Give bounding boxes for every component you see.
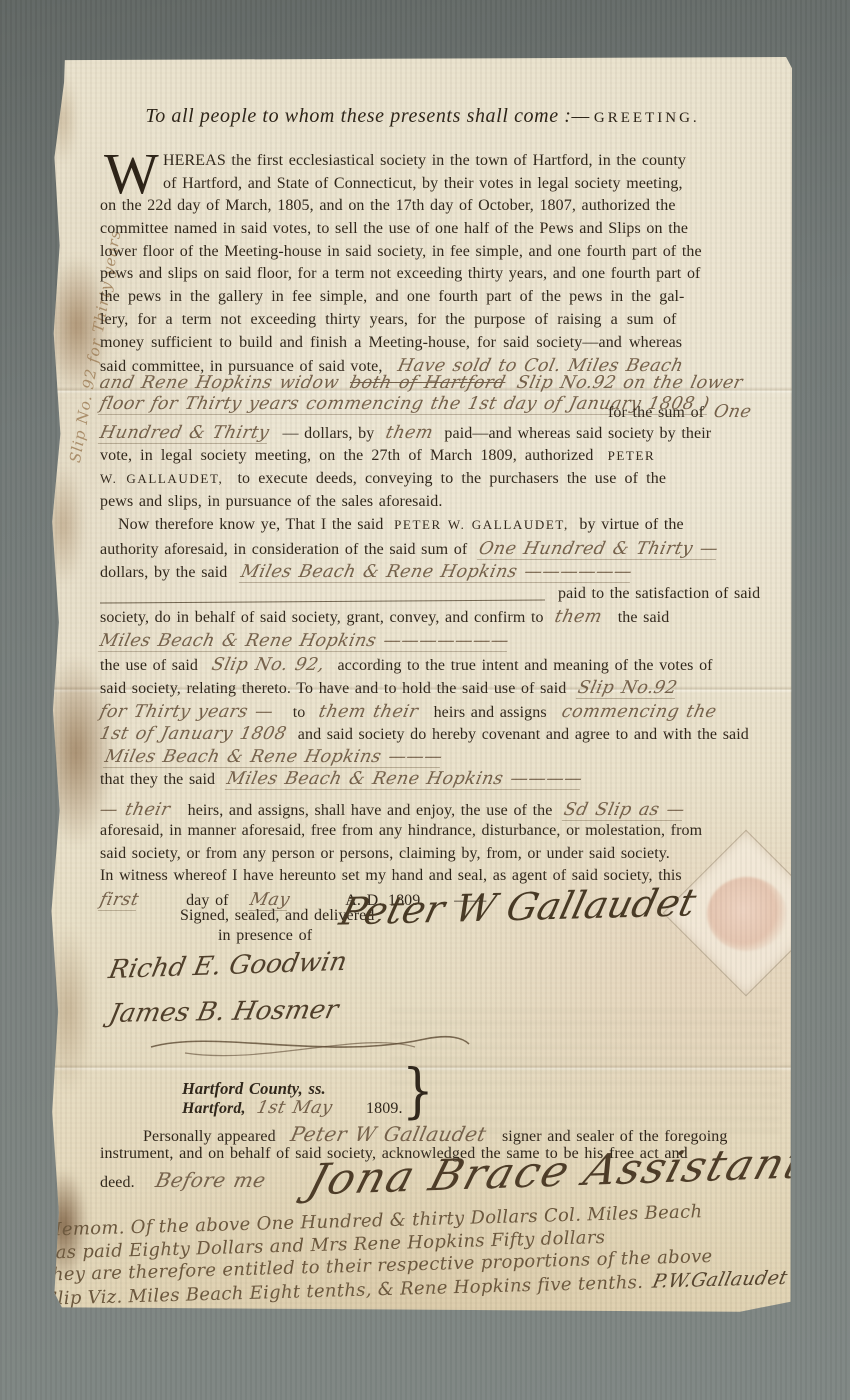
deed-line: lery, for a term not exceeding thirty ye…	[100, 311, 676, 329]
stain	[40, 465, 86, 585]
print-text: said society, or from any person or pers…	[100, 845, 670, 862]
handwritten-text: Peter W Gallaudet	[289, 1122, 489, 1146]
print-text: dollars, by the said	[100, 564, 227, 581]
deed-line: — their heirs, and assigns, shall have a…	[100, 800, 685, 821]
handwritten-text: first	[98, 890, 141, 911]
print-text: paid—and whereas said society by their	[444, 425, 711, 442]
handwritten-text: for Thirty years —	[98, 702, 275, 722]
stain	[42, 925, 94, 1095]
deed-line: Personally appeared Peter W Gallaudet si…	[143, 1122, 727, 1146]
print-text: vote, in legal society meeting, on the 2…	[100, 447, 593, 464]
venue-line: Hartford, 1st May 1809.	[182, 1098, 403, 1118]
print-text: and said society do hereby covenant and …	[298, 726, 749, 743]
signature-peter-w-gallaudet: Peter W Gallaudet	[336, 880, 701, 933]
deed-line: lower floor of the Meeting-house in said…	[100, 243, 702, 261]
handwritten-text: Slip No. 92,	[209, 655, 326, 675]
print-text: heirs, and assigns, shall have and enjoy…	[188, 802, 553, 819]
handwritten-text: — their	[98, 800, 172, 820]
memorandum: Memom. Of the above One Hundred & thirty…	[43, 1198, 805, 1309]
county-caption: Hartford County, ss.	[182, 1079, 326, 1099]
curly-brace: }	[402, 1057, 434, 1125]
print-text: committee named in said votes, to sell t…	[100, 220, 688, 237]
print-text: In witness whereof I have hereunto set m…	[100, 867, 682, 884]
print-text: aforesaid, in manner aforesaid, free fro…	[100, 822, 702, 839]
print-text: paid to the satisfaction of said	[558, 585, 760, 602]
print-text: the use of said	[100, 657, 198, 674]
deed-line: vote, in legal society meeting, on the 2…	[100, 447, 655, 465]
deed-line: for Thirty years — to them their heirs a…	[100, 702, 717, 722]
print-text: by virtue of the	[579, 516, 683, 533]
signature-witness-goodwin: Richd E. Goodwin	[106, 947, 349, 985]
print-text: the pews in the gallery in fee simple, a…	[100, 288, 685, 305]
print-text: the said	[618, 609, 670, 626]
deed-line: society, do in behalf of said society, g…	[100, 607, 669, 627]
handwritten-text: them	[384, 423, 435, 443]
deed-line: aforesaid, in manner aforesaid, free fro…	[100, 822, 702, 840]
deed-line: Miles Beach & Rene Hopkins ———————	[100, 631, 509, 652]
deed-line: authority aforesaid, in consideration of…	[100, 539, 718, 560]
print-text: in presence of	[218, 927, 312, 944]
deed-line: for the sum of One	[608, 402, 751, 422]
deed-line: said society, or from any person or pers…	[100, 845, 670, 863]
deed-line: W. Gallaudet, to execute deeds, conveyin…	[100, 470, 666, 488]
print-text: to execute deeds, conveying to the purch…	[237, 470, 666, 487]
stain	[48, 73, 78, 165]
deed-line: on the 22d day of March, 1805, and on th…	[100, 197, 676, 215]
print-text: money sufficient to build and finish a M…	[100, 334, 682, 351]
deed-line: paid to the satisfaction of said	[558, 585, 760, 603]
print-text: on the 22d day of March, 1805, and on th…	[100, 197, 676, 214]
print-text: Now therefore know ye, That I the said	[118, 516, 383, 533]
deed-line: deed. Before me	[100, 1168, 266, 1192]
print-text: Hartford County, ss.	[182, 1079, 326, 1098]
heading-text: To all people to whom these presents sha…	[145, 105, 590, 127]
deed-line: HEREAS the first ecclesiastical society …	[163, 152, 686, 170]
print-text: authority aforesaid, in consideration of…	[100, 541, 467, 558]
handwritten-text: One Hundred & Thirty —	[477, 539, 720, 560]
attestation-line: in presence of	[218, 927, 312, 945]
handwritten-text: Miles Beach & Rene Hopkins ———	[103, 747, 445, 768]
handwritten-text: and Rene Hopkins widow	[98, 373, 341, 393]
handwritten-text: One	[712, 402, 753, 422]
print-text: lower floor of the Meeting-house in said…	[100, 243, 702, 260]
dropcap-w: W	[104, 145, 159, 203]
print-text: of Hartford, and State of Connecticut, b…	[163, 175, 683, 192]
deed-line: of Hartford, and State of Connecticut, b…	[163, 175, 683, 193]
smallcaps-name: W. Gallaudet,	[100, 471, 223, 486]
print-text: society, do in behalf of said society, g…	[100, 609, 544, 626]
deed-line: said society, relating thereto. To have …	[100, 678, 677, 699]
deed-heading: To all people to whom these presents sha…	[95, 105, 750, 128]
print-text: 1809.	[366, 1100, 403, 1117]
print-text: Personally appeared	[143, 1128, 276, 1145]
deed-line: pews and slips, in pursuance of the sale…	[100, 493, 442, 511]
print-text: deed.	[100, 1174, 135, 1191]
handwritten-text: Before me	[154, 1168, 269, 1192]
deed-line: Hundred & Thirty — dollars, by them paid…	[100, 423, 711, 444]
print-text: HEREAS the first ecclesiastical society …	[163, 152, 686, 169]
deed-line: pews and slips on said floor, for a term…	[100, 265, 700, 283]
print-text: Hartford,	[182, 1100, 246, 1117]
smallcaps-name: Peter	[608, 448, 656, 463]
deed-line: Now therefore know ye, That I the said P…	[118, 516, 684, 534]
deed-line: 1st of January 1808 and said society do …	[100, 724, 749, 744]
hand-rule	[100, 599, 545, 603]
heading-greeting: Greeting.	[594, 110, 700, 126]
signature-pw-gallaudet: P.W.Gallaudet	[651, 1266, 790, 1292]
handwritten-text: Sd Slip as —	[562, 800, 687, 821]
print-text: lery, for a term not exceeding thirty ye…	[100, 311, 676, 328]
print-text: said society, relating thereto. To have …	[100, 680, 566, 697]
handwritten-text: commencing the	[560, 702, 719, 722]
deed-line: the pews in the gallery in fee simple, a…	[100, 288, 685, 306]
deed-line: committee named in said votes, to sell t…	[100, 220, 688, 238]
print-text: according to the true intent and meaning…	[337, 657, 712, 674]
deed-line: money sufficient to build and finish a M…	[100, 334, 682, 352]
print-text: that they the said	[100, 771, 215, 788]
print-text: pews and slips on said floor, for a term…	[100, 265, 700, 282]
deed-line: the use of said Slip No. 92, according t…	[100, 655, 713, 675]
handwritten-text: 1st of January 1808	[98, 724, 288, 744]
handwritten-struck-text: both of Hartford	[348, 373, 508, 393]
seal-impression	[707, 877, 787, 951]
print-text: pews and slips, in pursuance of the sale…	[100, 493, 442, 510]
handwritten-text: Hundred & Thirty	[98, 423, 271, 444]
handwritten-text: Slip No.92	[576, 678, 679, 699]
handwritten-text: them their	[317, 702, 420, 722]
handwritten-text: Miles Beach & Rene Hopkins ——————	[239, 562, 634, 583]
smallcaps-name: Peter W. Gallaudet,	[394, 517, 569, 532]
deed-line: that they the said Miles Beach & Rene Ho…	[100, 769, 582, 790]
document-page: Slip No. 92 for Thirty years To all peop…	[50, 57, 792, 1313]
handwritten-text: 1st May	[255, 1098, 335, 1118]
deed-line: dollars, by the said Miles Beach & Rene …	[100, 562, 632, 583]
handwritten-text: Miles Beach & Rene Hopkins ————	[225, 769, 585, 790]
photo-background: Slip No. 92 for Thirty years To all peop…	[0, 0, 850, 1400]
print-text: heirs and assigns	[434, 704, 547, 721]
handwritten-text: Miles Beach & Rene Hopkins ———————	[98, 631, 511, 652]
handwritten-text: Slip No.92 on the lower	[515, 373, 745, 393]
deed-line: Miles Beach & Rene Hopkins ———	[105, 747, 442, 768]
print-text: to	[293, 704, 306, 721]
deed-line: and Rene Hopkins widow both of Hartford …	[100, 373, 743, 393]
print-text: — dollars, by	[282, 425, 374, 442]
print-text: for the sum of	[608, 404, 704, 421]
handwritten-text: them	[553, 607, 604, 627]
